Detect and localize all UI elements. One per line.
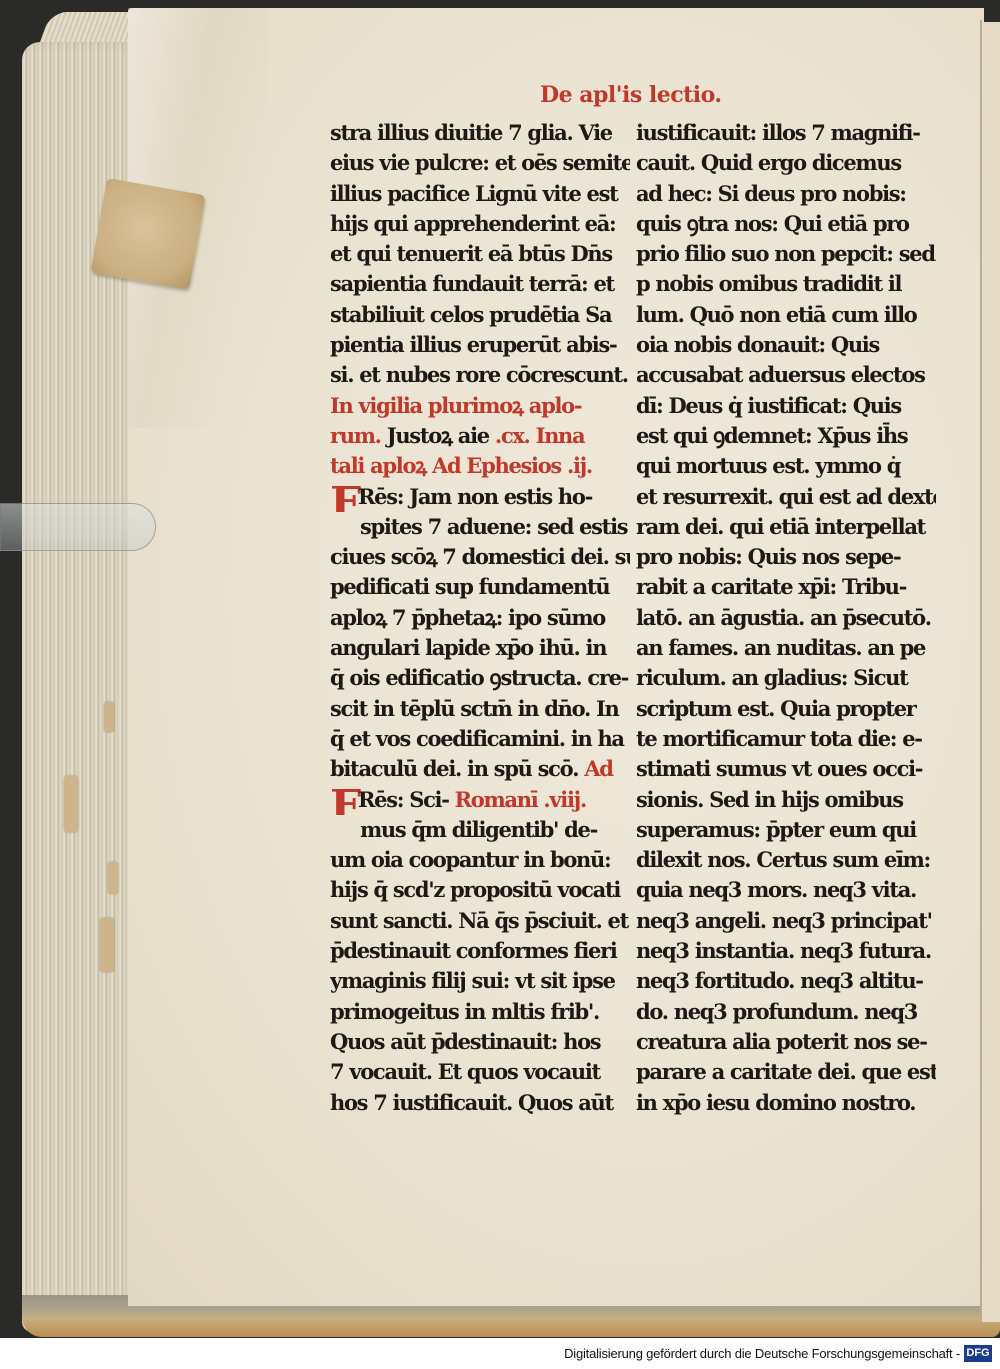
text-run: pro nobis: Quis nos sepe- bbox=[636, 544, 900, 569]
text-line: ram dei. qui etiā interpellat bbox=[636, 512, 936, 542]
text-run: Quos aūt p̄destinauit: hos bbox=[330, 1029, 600, 1054]
text-line: stabiliuit celos prudētia Sa bbox=[330, 300, 630, 330]
small-tab-icon bbox=[108, 862, 118, 894]
text-line: um oia coopantur in bonū: bbox=[330, 845, 630, 875]
text-run: cauit. Quid ergo dicemus bbox=[636, 150, 901, 175]
text-run: Rēs: Jam non estis ho- bbox=[358, 484, 592, 509]
funding-credit: Digitalisierung gefördert durch die Deut… bbox=[564, 1346, 960, 1361]
rubric-text: .cx. Inna bbox=[495, 423, 585, 448]
rubric-text: Romanī .viij. bbox=[455, 787, 586, 812]
text-run: scit in tēplū sctm̄ in dn̄o. In bbox=[330, 696, 618, 721]
text-run: hijs q̄ scd'z propositū vocati bbox=[330, 877, 620, 902]
text-line: q̄ et vos coedificamini. in ha bbox=[330, 724, 630, 754]
text-run: ad hec: Si deus pro nobis: bbox=[636, 181, 906, 206]
text-run: pientia illius eruperūt abis- bbox=[330, 332, 616, 357]
text-line: quia neq3 mors. neq3 vita. bbox=[636, 875, 936, 905]
text-line: ciues scōꝝ 7 domestici dei. su bbox=[330, 542, 630, 572]
text-line: tali aploꝝ Ad Ephesios .ij. bbox=[330, 451, 630, 481]
rubric-text: rum. bbox=[330, 423, 387, 448]
text-line: stimati sumus vt oues occi- bbox=[636, 754, 936, 784]
text-run: dī: Deus q̇ iustificat: Quis bbox=[636, 393, 901, 418]
running-head: De apl'is lectio. bbox=[540, 82, 722, 108]
text-line: rabit a caritate xp̄i: Tribu- bbox=[636, 572, 936, 602]
text-line: creatura alia poterit nos se- bbox=[636, 1027, 936, 1057]
text-run: scriptum est. Quia propter bbox=[636, 696, 916, 721]
text-run: p̄destinauit conformes fieri bbox=[330, 938, 617, 963]
text-run: stra illius diuitie 7 glia. Vie bbox=[330, 120, 612, 145]
text-line: eius vie pulcre: et oēs semite bbox=[330, 148, 630, 178]
text-line: qui mortuus est. ymmo q̇ bbox=[636, 451, 936, 481]
text-line: neq3 instantia. neq3 futura. bbox=[636, 936, 936, 966]
text-line: mus q̄m diligentib' de- bbox=[330, 815, 630, 845]
text-run: ciues scōꝝ 7 domestici dei. su bbox=[330, 544, 630, 569]
text-run: 7 vocauit. Et quos vocauit bbox=[330, 1059, 600, 1084]
rubric-text: Ad bbox=[584, 756, 612, 781]
text-run: aploꝝ 7 p̄phetaꝝ: ipo sūmo bbox=[330, 605, 605, 630]
parchment-tab-icon bbox=[90, 178, 205, 290]
text-run: eius vie pulcre: et oēs semite bbox=[330, 150, 630, 175]
text-run: prio filio suo non pepcit: sed bbox=[636, 241, 935, 266]
text-run: riculum. an gladius: Sicut bbox=[636, 665, 908, 690]
page-holder-clip bbox=[0, 503, 156, 551]
text-line: prio filio suo non pepcit: sed bbox=[636, 239, 936, 269]
text-line: scriptum est. Quia propter bbox=[636, 694, 936, 724]
text-run: um oia coopantur in bonū: bbox=[330, 847, 610, 872]
text-run: spites 7 aduene: sed estis bbox=[360, 514, 627, 539]
decorated-initial: F bbox=[330, 787, 358, 815]
text-run: do. neq3 profundum. neq3 bbox=[636, 999, 917, 1024]
text-run: primogeitus in mltis frib'. bbox=[330, 999, 599, 1024]
text-run: rabit a caritate xp̄i: Tribu- bbox=[636, 574, 906, 599]
text-run: pedificati sup fundamentū bbox=[330, 574, 609, 599]
text-run: quis ꝯtra nos: Qui etiā pro bbox=[636, 211, 909, 236]
text-line: primogeitus in mltis frib'. bbox=[330, 997, 630, 1027]
decorated-initial: F bbox=[330, 484, 358, 512]
text-line: hijs q̄ scd'z propositū vocati bbox=[330, 875, 630, 905]
text-line: pedificati sup fundamentū bbox=[330, 572, 630, 602]
text-run: ram dei. qui etiā interpellat bbox=[636, 514, 925, 539]
next-page-edge bbox=[982, 22, 1000, 1322]
text-line: est qui ꝯdemnet: Xp̄us ih̄s bbox=[636, 421, 936, 451]
text-run: in xp̄o iesu domino nostro. bbox=[636, 1090, 915, 1115]
rubric-text: tali aploꝝ Ad Ephesios .ij. bbox=[330, 453, 592, 478]
text-run: accusabat aduersus electos bbox=[636, 362, 925, 387]
text-line: riculum. an gladius: Sicut bbox=[636, 663, 936, 693]
text-run: q̄ ois edificatio ꝯstructa. cre- bbox=[330, 665, 628, 690]
text-run: sunt sancti. Nā q̄s p̄sciuit. et bbox=[330, 908, 628, 933]
text-run: latō. an āgustia. an p̄secutō. bbox=[636, 605, 931, 630]
text-run: iustificauit: illos 7 magnifi- bbox=[636, 120, 920, 145]
text-run: qui mortuus est. ymmo q̇ bbox=[636, 453, 900, 478]
dfg-logo-icon: DFG bbox=[964, 1345, 992, 1362]
text-line: neq3 angeli. neq3 principat' bbox=[636, 906, 936, 936]
text-run: q̄ et vos coedificamini. in ha bbox=[330, 726, 624, 751]
text-line: sunt sancti. Nā q̄s p̄sciuit. et bbox=[330, 906, 630, 936]
text-run: si. et nubes rore cōcrescunt. bbox=[330, 362, 628, 387]
text-run: p nobis omibus tradidit il bbox=[636, 271, 901, 296]
text-line: neq3 fortitudo. neq3 altitu- bbox=[636, 966, 936, 996]
text-run: illius pacifice Lignū vite est bbox=[330, 181, 618, 206]
text-line: p nobis omibus tradidit il bbox=[636, 269, 936, 299]
text-line: Quos aūt p̄destinauit: hos bbox=[330, 1027, 630, 1057]
text-line: bitaculū dei. in spū scō. Ad bbox=[330, 754, 630, 784]
text-line: hijs qui apprehenderint eā: bbox=[330, 209, 630, 239]
text-line: cauit. Quid ergo dicemus bbox=[636, 148, 936, 178]
text-column-right: iustificauit: illos 7 magnifi-cauit. Qui… bbox=[636, 118, 936, 1118]
text-run: stabiliuit celos prudētia Sa bbox=[330, 302, 611, 327]
text-line: superamus: p̄pter eum qui bbox=[636, 815, 936, 845]
text-run: et resurrexit. qui est ad dexte bbox=[636, 484, 936, 509]
text-line: rum. Justoꝝ aie .cx. Inna bbox=[330, 421, 630, 451]
small-tab-icon bbox=[100, 918, 114, 972]
footer-bar: Digitalisierung gefördert durch die Deut… bbox=[0, 1338, 1000, 1369]
text-line: hos 7 iustificauit. Quos aūt bbox=[330, 1088, 630, 1118]
text-line: illius pacifice Lignū vite est bbox=[330, 179, 630, 209]
text-run: creatura alia poterit nos se- bbox=[636, 1029, 927, 1054]
text-line: sapientia fundauit terrā: et bbox=[330, 269, 630, 299]
text-line: in xp̄o iesu domino nostro. bbox=[636, 1088, 936, 1118]
text-line: p̄destinauit conformes fieri bbox=[330, 936, 630, 966]
text-line: si. et nubes rore cōcrescunt. bbox=[330, 360, 630, 390]
text-run: neq3 angeli. neq3 principat' bbox=[636, 908, 932, 933]
text-run: dilexit nos. Certus sum eīm: bbox=[636, 847, 930, 872]
text-run: ymaginis filij sui: vt sit ipse bbox=[330, 968, 615, 993]
text-run: stimati sumus vt oues occi- bbox=[636, 756, 922, 781]
text-run: hos 7 iustificauit. Quos aūt bbox=[330, 1090, 613, 1115]
text-run: sionis. Sed in hijs omibus bbox=[636, 787, 903, 812]
text-run: parare a caritate dei. que est bbox=[636, 1059, 936, 1084]
text-line: latō. an āgustia. an p̄secutō. bbox=[636, 603, 936, 633]
text-run: et qui tenuerit eā btūs Dn̄s bbox=[330, 241, 612, 266]
text-run: angulari lapide xp̄o ihū. in bbox=[330, 635, 606, 660]
small-tab-icon bbox=[64, 776, 78, 832]
text-run: mus q̄m diligentib' de- bbox=[360, 817, 597, 842]
text-line: oia nobis donauit: Quis bbox=[636, 330, 936, 360]
text-line: stra illius diuitie 7 glia. Vie bbox=[330, 118, 630, 148]
text-run: neq3 fortitudo. neq3 altitu- bbox=[636, 968, 923, 993]
text-line: pientia illius eruperūt abis- bbox=[330, 330, 630, 360]
text-run: bitaculū dei. in spū scō. bbox=[330, 756, 584, 781]
text-line: sionis. Sed in hijs omibus bbox=[636, 785, 936, 815]
text-run: oia nobis donauit: Quis bbox=[636, 332, 879, 357]
text-run: superamus: p̄pter eum qui bbox=[636, 817, 916, 842]
text-line: scit in tēplū sctm̄ in dn̄o. In bbox=[330, 694, 630, 724]
text-line: te mortificamur tota die: e- bbox=[636, 724, 936, 754]
text-line: et resurrexit. qui est ad dexte bbox=[636, 482, 936, 512]
text-line: ad hec: Si deus pro nobis: bbox=[636, 179, 936, 209]
text-column-left: stra illius diuitie 7 glia. Vieeius vie … bbox=[330, 118, 630, 1118]
text-run: hijs qui apprehenderint eā: bbox=[330, 211, 616, 236]
text-line: accusabat aduersus electos bbox=[636, 360, 936, 390]
text-line: an fames. an nuditas. an pe bbox=[636, 633, 936, 663]
text-line: In vigilia plurimoꝝ aplo- bbox=[330, 391, 630, 421]
text-line: dī: Deus q̇ iustificat: Quis bbox=[636, 391, 936, 421]
text-run: sapientia fundauit terrā: et bbox=[330, 271, 614, 296]
text-line: spites 7 aduene: sed estis bbox=[330, 512, 630, 542]
scanned-book-photo: De apl'is lectio. stra illius diuitie 7 … bbox=[0, 0, 1000, 1338]
text-line: angulari lapide xp̄o ihū. in bbox=[330, 633, 630, 663]
text-line: FRēs: Jam non estis ho- bbox=[330, 482, 630, 512]
text-line: do. neq3 profundum. neq3 bbox=[636, 997, 936, 1027]
text-run: Justoꝝ aie bbox=[387, 423, 495, 448]
text-run: est qui ꝯdemnet: Xp̄us ih̄s bbox=[636, 423, 907, 448]
text-line: q̄ ois edificatio ꝯstructa. cre- bbox=[330, 663, 630, 693]
text-run: Rēs: Sci- bbox=[358, 787, 455, 812]
text-line: parare a caritate dei. que est bbox=[636, 1057, 936, 1087]
text-line: iustificauit: illos 7 magnifi- bbox=[636, 118, 936, 148]
rubric-text: In vigilia plurimoꝝ aplo- bbox=[330, 393, 581, 418]
text-line: pro nobis: Quis nos sepe- bbox=[636, 542, 936, 572]
text-line: dilexit nos. Certus sum eīm: bbox=[636, 845, 936, 875]
text-run: neq3 instantia. neq3 futura. bbox=[636, 938, 931, 963]
text-line: et qui tenuerit eā btūs Dn̄s bbox=[330, 239, 630, 269]
text-run: quia neq3 mors. neq3 vita. bbox=[636, 877, 916, 902]
text-run: te mortificamur tota die: e- bbox=[636, 726, 922, 751]
text-line: 7 vocauit. Et quos vocauit bbox=[330, 1057, 630, 1087]
text-line: quis ꝯtra nos: Qui etiā pro bbox=[636, 209, 936, 239]
text-line: lum. Quō non etiā cum illo bbox=[636, 300, 936, 330]
small-tab-icon bbox=[104, 702, 114, 732]
text-run: an fames. an nuditas. an pe bbox=[636, 635, 925, 660]
text-line: FRēs: Sci- Romanī .viij. bbox=[330, 785, 630, 815]
text-line: ymaginis filij sui: vt sit ipse bbox=[330, 966, 630, 996]
text-run: lum. Quō non etiā cum illo bbox=[636, 302, 917, 327]
text-line: aploꝝ 7 p̄phetaꝝ: ipo sūmo bbox=[330, 603, 630, 633]
